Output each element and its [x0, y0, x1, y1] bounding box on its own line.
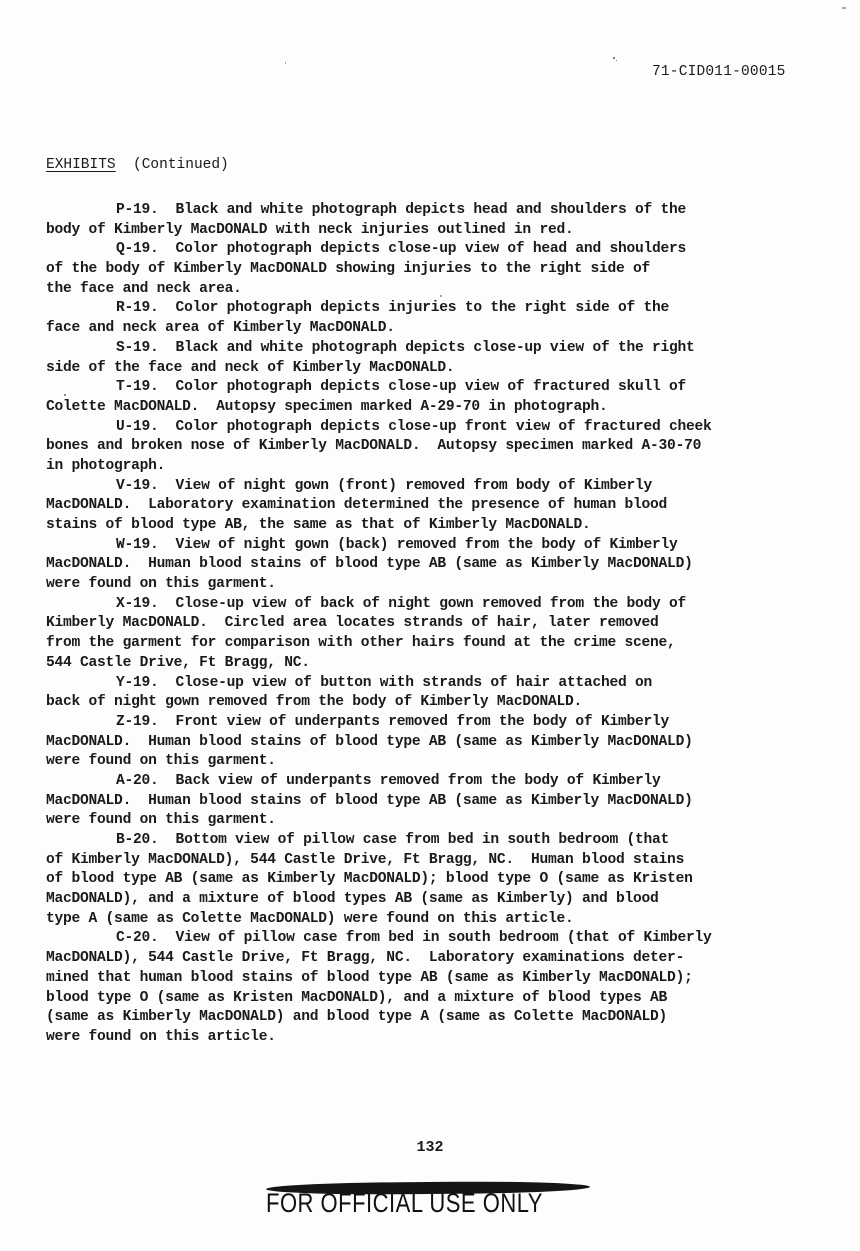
exhibit-line: MacDONALD. Human blood stains of blood t…: [46, 733, 836, 753]
exhibit-text: Black and white photograph depicts close…: [159, 340, 695, 356]
exhibit-first-line: Q-19. Color photograph depicts close-up …: [46, 240, 836, 260]
exhibit-id: Q-19.: [116, 241, 159, 257]
exhibit-first-line: R-19. Color photograph depicts injuries …: [46, 299, 836, 319]
exhibit-id: Y-19.: [116, 675, 159, 691]
exhibit-first-line: B-20. Bottom view of pillow case from be…: [46, 831, 836, 851]
exhibit-line: face and neck area of Kimberly MacDONALD…: [46, 319, 836, 339]
exhibit-text: Close-up view of back of night gown remo…: [159, 596, 686, 612]
exhibit-line: the face and neck area.: [46, 280, 836, 300]
exhibit-entry: B-20. Bottom view of pillow case from be…: [46, 831, 836, 929]
exhibit-first-line: U-19. Color photograph depicts close-up …: [46, 418, 836, 438]
exhibit-entry: S-19. Black and white photograph depicts…: [46, 339, 836, 378]
scan-speck: [842, 7, 846, 9]
exhibit-line: MacDONALD. Human blood stains of blood t…: [46, 555, 836, 575]
exhibit-text: Color photograph depicts close-up view o…: [159, 379, 686, 395]
exhibit-line: body of Kimberly MacDONALD with neck inj…: [46, 221, 836, 241]
exhibit-text: Close-up view of button with strands of …: [159, 675, 652, 691]
document-control-number: 71-CID011-00015: [652, 64, 786, 80]
exhibit-entry: V-19. View of night gown (front) removed…: [46, 477, 836, 536]
exhibit-entry: T-19. Color photograph depicts close-up …: [46, 378, 836, 417]
exhibit-line: MacDONALD. Laboratory examination determ…: [46, 496, 836, 516]
exhibit-text: View of night gown (back) removed from t…: [159, 537, 678, 553]
exhibit-first-line: T-19. Color photograph depicts close-up …: [46, 378, 836, 398]
exhibit-entry: P-19. Black and white photograph depicts…: [46, 201, 836, 240]
exhibit-id: V-19.: [116, 478, 159, 494]
exhibit-line: of Kimberly MacDONALD), 544 Castle Drive…: [46, 851, 836, 871]
exhibit-text: View of pillow case from bed in south be…: [159, 930, 712, 946]
exhibit-id: R-19.: [116, 300, 159, 316]
exhibit-line: of blood type AB (same as Kimberly MacDO…: [46, 870, 836, 890]
page-number: 132: [0, 1139, 860, 1156]
exhibit-first-line: P-19. Black and white photograph depicts…: [46, 201, 836, 221]
exhibit-line: type A (same as Colette MacDONALD) were …: [46, 910, 836, 930]
exhibit-id: T-19.: [116, 379, 159, 395]
exhibit-first-line: X-19. Close-up view of back of night gow…: [46, 595, 836, 615]
exhibit-text: Back view of underpants removed from the…: [159, 773, 661, 789]
exhibit-line: of the body of Kimberly MacDONALD showin…: [46, 260, 836, 280]
exhibit-line: blood type O (same as Kristen MacDONALD)…: [46, 989, 836, 1009]
exhibit-text: Color photograph depicts close-up front …: [159, 419, 712, 435]
exhibit-first-line: S-19. Black and white photograph depicts…: [46, 339, 836, 359]
exhibit-line: MacDONALD. Human blood stains of blood t…: [46, 792, 836, 812]
exhibit-entry: Q-19. Color photograph depicts close-up …: [46, 240, 836, 299]
exhibit-entry: Z-19. Front view of underpants removed f…: [46, 713, 836, 772]
exhibit-entry: R-19. Color photograph depicts injuries …: [46, 299, 836, 338]
scan-speck: [285, 62, 286, 64]
scan-speck: [613, 57, 615, 59]
exhibit-line: MacDONALD), and a mixture of blood types…: [46, 890, 836, 910]
exhibit-line: back of night gown removed from the body…: [46, 693, 836, 713]
exhibit-id: U-19.: [116, 419, 159, 435]
exhibit-id: P-19.: [116, 202, 159, 218]
section-heading-title: EXHIBITS: [46, 157, 116, 173]
exhibit-id: B-20.: [116, 832, 159, 848]
exhibit-text: Black and white photograph depicts head …: [159, 202, 686, 218]
section-heading: EXHIBITS (Continued): [46, 157, 229, 173]
exhibit-first-line: Y-19. Close-up view of button with stran…: [46, 674, 836, 694]
exhibit-id: S-19.: [116, 340, 159, 356]
exhibit-entry: U-19. Color photograph depicts close-up …: [46, 418, 836, 477]
exhibit-entry: W-19. View of night gown (back) removed …: [46, 536, 836, 595]
scan-speck: [616, 60, 617, 61]
exhibit-line: Kimberly MacDONALD. Circled area locates…: [46, 614, 836, 634]
exhibit-entry: C-20. View of pillow case from bed in so…: [46, 929, 836, 1047]
exhibit-line: in photograph.: [46, 457, 836, 477]
exhibit-list: P-19. Black and white photograph depicts…: [46, 201, 836, 1048]
exhibit-text: Color photograph depicts injuries to the…: [159, 300, 669, 316]
exhibit-line: from the garment for comparison with oth…: [46, 634, 836, 654]
exhibit-id: A-20.: [116, 773, 159, 789]
exhibit-line: were found on this garment.: [46, 811, 836, 831]
exhibit-text: View of night gown (front) removed from …: [159, 478, 652, 494]
exhibit-line: mined that human blood stains of blood t…: [46, 969, 836, 989]
official-use-stamp: FOR OFFICIAL USE ONLY: [266, 1182, 596, 1216]
exhibit-entry: A-20. Back view of underpants removed fr…: [46, 772, 836, 831]
exhibit-line: were found on this garment.: [46, 752, 836, 772]
exhibit-first-line: W-19. View of night gown (back) removed …: [46, 536, 836, 556]
exhibit-line: MacDONALD), 544 Castle Drive, Ft Bragg, …: [46, 949, 836, 969]
section-heading-suffix: (Continued): [133, 157, 229, 173]
exhibit-line: bones and broken nose of Kimberly MacDON…: [46, 437, 836, 457]
exhibit-line: stains of blood type AB, the same as tha…: [46, 516, 836, 536]
exhibit-entry: Y-19. Close-up view of button with stran…: [46, 674, 836, 713]
exhibit-entry: X-19. Close-up view of back of night gow…: [46, 595, 836, 674]
exhibit-text: Color photograph depicts close-up view o…: [159, 241, 686, 257]
exhibit-text: Front view of underpants removed from th…: [159, 714, 669, 730]
exhibit-id: Z-19.: [116, 714, 159, 730]
exhibit-text: Bottom view of pillow case from bed in s…: [159, 832, 669, 848]
exhibit-first-line: Z-19. Front view of underpants removed f…: [46, 713, 836, 733]
exhibit-id: X-19.: [116, 596, 159, 612]
exhibit-id: W-19.: [116, 537, 159, 553]
exhibit-first-line: A-20. Back view of underpants removed fr…: [46, 772, 836, 792]
exhibit-first-line: C-20. View of pillow case from bed in so…: [46, 929, 836, 949]
exhibit-line: side of the face and neck of Kimberly Ma…: [46, 359, 836, 379]
exhibit-first-line: V-19. View of night gown (front) removed…: [46, 477, 836, 497]
exhibit-line: (same as Kimberly MacDONALD) and blood t…: [46, 1008, 836, 1028]
exhibit-line: were found on this garment.: [46, 575, 836, 595]
exhibit-line: Colette MacDONALD. Autopsy specimen mark…: [46, 398, 836, 418]
exhibit-line: 544 Castle Drive, Ft Bragg, NC.: [46, 654, 836, 674]
exhibit-id: C-20.: [116, 930, 159, 946]
exhibit-line: were found on this article.: [46, 1028, 836, 1048]
